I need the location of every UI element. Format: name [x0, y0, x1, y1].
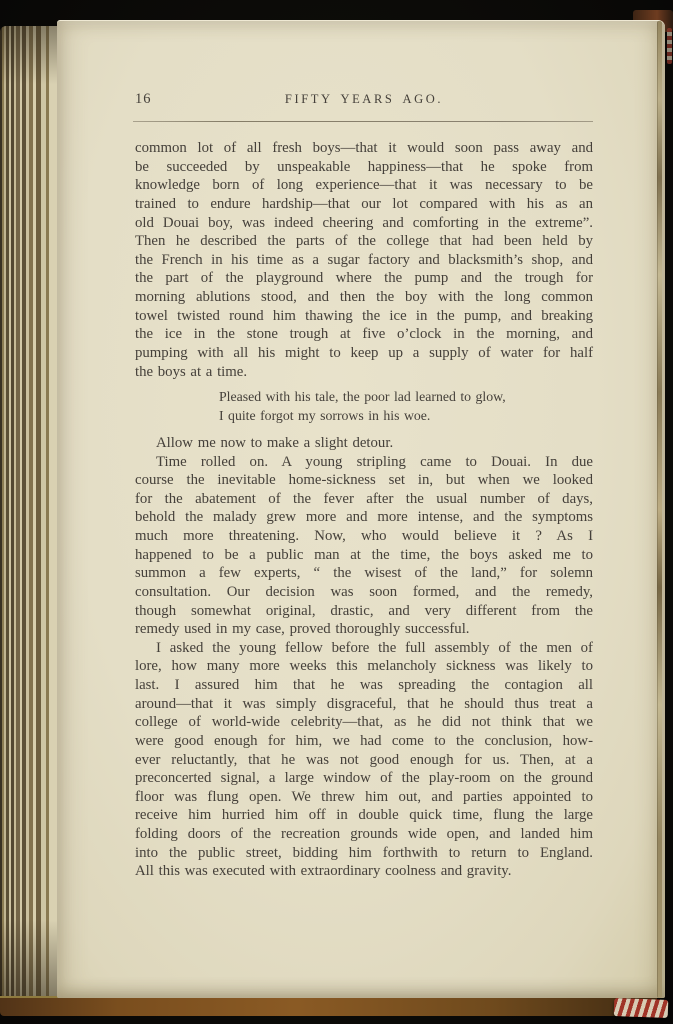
stacked-page-edges — [0, 26, 58, 998]
paragraph: I asked the young fellow before the full… — [135, 639, 593, 881]
header-rule — [133, 121, 593, 122]
page-text: common lot of all fresh boys—that it wou… — [135, 139, 593, 881]
text-line: the boys at a time. — [135, 363, 593, 382]
text-line: around—that it was simply disgraceful, t… — [135, 695, 593, 714]
text-line: for the abatement of the fever after the… — [135, 490, 593, 509]
text-line: ever reluctantly, that he was not good e… — [135, 751, 593, 770]
text-line: I quite forgot my sorrows in his woe. — [219, 407, 593, 425]
text-line: common lot of all fresh boys—that it wou… — [135, 139, 593, 158]
text-line: last. I assured him that he was spreadin… — [135, 676, 593, 695]
text-line: preconcerted signal, a large window of t… — [135, 769, 593, 788]
text-line: the part of the playground where the pum… — [135, 269, 593, 288]
text-line: much more threatening. Now, who would be… — [135, 527, 593, 546]
text-line: were good enough for him, we had come to… — [135, 732, 593, 751]
text-line: though somewhat original, drastic, and v… — [135, 602, 593, 621]
text-line: Then he described the parts of the colle… — [135, 232, 593, 251]
text-line: course the inevitable home-sickness set … — [135, 471, 593, 490]
text-line: lore, how many more weeks this melanchol… — [135, 657, 593, 676]
verse-quote: Pleased with his tale, the poor lad lear… — [135, 388, 593, 425]
book-page: 16 FIFTY YEARS AGO. common lot of all fr… — [57, 20, 665, 998]
page-header: 16 FIFTY YEARS AGO. — [135, 89, 593, 109]
text-line: floor was flung open. We threw him out, … — [135, 788, 593, 807]
book-cover-bottom-edge — [0, 996, 657, 1016]
book-scan: 16 FIFTY YEARS AGO. common lot of all fr… — [0, 0, 673, 1024]
text-line: Pleased with his tale, the poor lad lear… — [219, 388, 593, 406]
text-line: be succeeded by unspeakable happiness—th… — [135, 158, 593, 177]
running-head: FIFTY YEARS AGO. — [135, 92, 593, 107]
text-line: behold the malady grew more and more int… — [135, 508, 593, 527]
bottom-headband — [614, 998, 669, 1018]
text-line: folding doors of the recreation grounds … — [135, 825, 593, 844]
text-line: knowledge born of long experience—that i… — [135, 176, 593, 195]
paragraph: Time rolled on. A young stripling came t… — [135, 453, 593, 639]
text-line: I asked the young fellow before the full… — [135, 639, 593, 658]
text-line: the French in his time as a sugar factor… — [135, 251, 593, 270]
text-line: trained to endure hardship—that our lot … — [135, 195, 593, 214]
text-line: the ice in the stone trough at five o’cl… — [135, 325, 593, 344]
text-line: consultation. Our decision was soon form… — [135, 583, 593, 602]
text-line: remedy used in my case, proved thoroughl… — [135, 620, 593, 639]
text-line: morning ablutions stood, and then the bo… — [135, 288, 593, 307]
paragraph: Allow me now to make a slight detour. — [135, 434, 593, 453]
spine-headband-flecks — [667, 28, 672, 64]
text-line: college of world-wide celebrity—that, as… — [135, 713, 593, 732]
text-line: summon a few experts, “ the wisest of th… — [135, 564, 593, 583]
page-gutter — [657, 21, 662, 998]
text-line: Allow me now to make a slight detour. — [135, 434, 593, 453]
text-line: happened to be a public man at the time,… — [135, 546, 593, 565]
text-line: All this was executed with extraordinary… — [135, 862, 593, 881]
text-line: pumping with all his might to keep up a … — [135, 344, 593, 363]
text-line: into the public street, bidding him fort… — [135, 844, 593, 863]
text-line: Time rolled on. A young stripling came t… — [135, 453, 593, 472]
text-line: old Douai boy, was indeed cheering and c… — [135, 214, 593, 233]
text-line: receive him hurried him off in double qu… — [135, 806, 593, 825]
text-line: towel twisted round him thawing the ice … — [135, 307, 593, 326]
paragraph: common lot of all fresh boys—that it wou… — [135, 139, 593, 381]
